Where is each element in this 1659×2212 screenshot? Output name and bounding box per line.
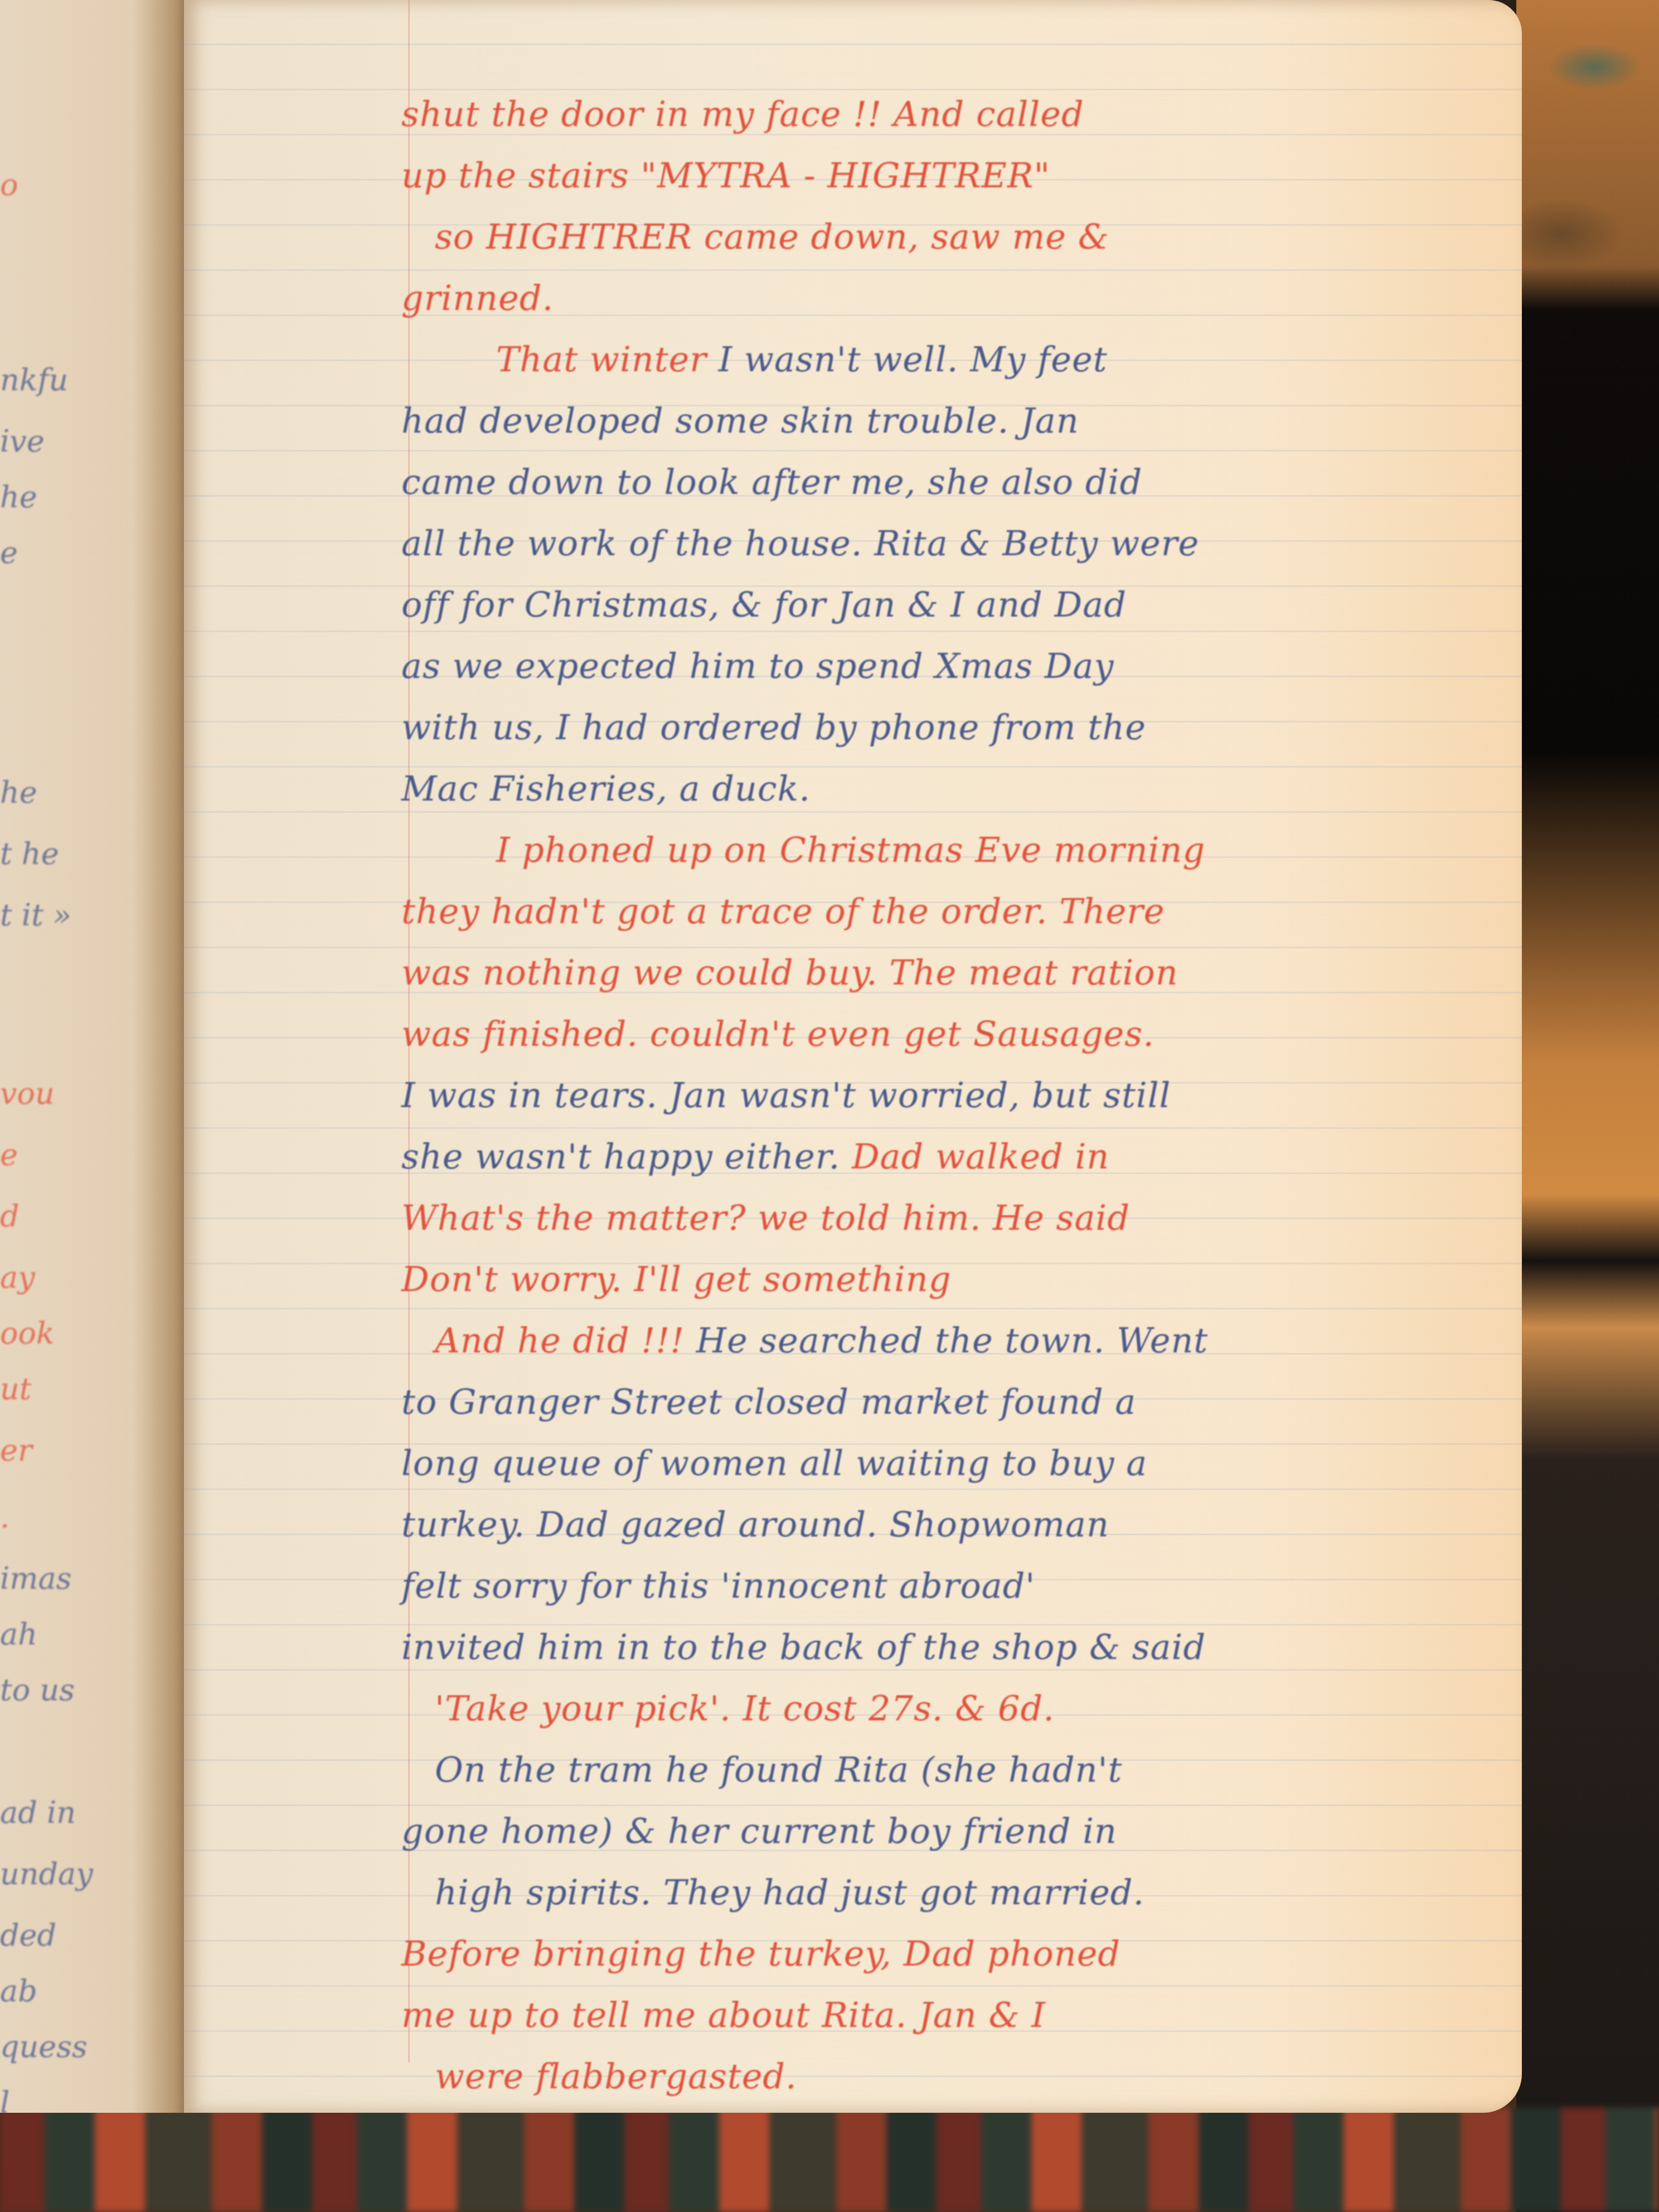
handwritten-line: 'Take your pick'. It cost 27s. & 6d. [401, 1678, 1505, 1739]
handwritten-text-red: grinned. [401, 278, 554, 318]
handwritten-line: Don't worry. I'll get something [401, 1249, 1505, 1310]
left-page-fragment: imas [0, 1561, 71, 1596]
handwritten-text-blue: On the tram he found Rita (she hadn't [435, 1749, 1123, 1790]
handwritten-line: was finished. couldn't even get Sausages… [401, 1003, 1505, 1065]
left-page-fragment: er [0, 1433, 32, 1468]
left-page-fragment: ive [0, 424, 45, 459]
handwritten-text-blue: turkey. Dad gazed around. Shopwoman [401, 1504, 1109, 1545]
handwritten-text-blue: Mac Fisheries, a duck. [401, 768, 811, 809]
handwritten-line: felt sorry for this 'innocent abroad' [401, 1555, 1505, 1617]
handwritten-line: she wasn't happy either. Dad walked in [401, 1126, 1505, 1187]
handwritten-line: turkey. Dad gazed around. Shopwoman [401, 1494, 1505, 1555]
handwritten-text-blue: had developed some skin trouble. Jan [401, 400, 1079, 441]
handwritten-line: That winter I wasn't well. My feet [401, 329, 1505, 390]
handwritten-text-blue: He searched the town. Went [696, 1320, 1208, 1361]
handwritten-text-red: they hadn't got a trace of the order. Th… [401, 891, 1165, 932]
left-page-fragment: e [0, 1137, 18, 1172]
handwritten-text-red: was nothing we could buy. The meat ratio… [401, 952, 1178, 993]
handwritten-line: The turkey was delicious - Jan [401, 2107, 1505, 2113]
handwritten-line: invited him in to the back of the shop &… [401, 1617, 1505, 1678]
left-page-fragment: e [0, 535, 18, 570]
background-fabric-right [1516, 0, 1659, 2212]
handwritten-text-red: were flabbergasted. [435, 2056, 797, 2097]
handwritten-line: so HIGHTRER came down, saw me & [401, 206, 1505, 268]
handwritten-text-red: me up to tell me about Rita. Jan & I [401, 1995, 1046, 2035]
handwritten-line: I phoned up on Christmas Eve morning [401, 819, 1505, 881]
handwritten-text-red: 'Take your pick'. It cost 27s. & 6d. [435, 1688, 1055, 1729]
left-page-fragment: unday [0, 1856, 93, 1891]
background-fabric-bottom [0, 2107, 1659, 2212]
handwritten-text-red: I phoned up on Christmas Eve morning [496, 829, 1205, 870]
left-page-fragment: nkfu [0, 362, 68, 397]
handwritten-text-red: was finished. couldn't even get Sausages… [401, 1013, 1154, 1054]
left-page-fragment: t he [0, 836, 59, 871]
handwritten-line: up the stairs "MYTRA - HIGHTRER" [401, 145, 1505, 206]
handwritten-text-blue: invited him in to the back of the shop &… [401, 1627, 1206, 1667]
left-page-fragment: ab [0, 1973, 37, 2009]
handwritten-line: as we expected him to spend Xmas Day [401, 636, 1505, 697]
handwritten-text-red: And he did !!! [435, 1320, 696, 1361]
left-notebook-page: onkfuiveheehet het it »vouedayookuter.im… [0, 0, 190, 2113]
handwritten-line: with us, I had ordered by phone from the [401, 697, 1505, 758]
handwritten-line: high spirits. They had just got married. [401, 1862, 1505, 1923]
left-page-fragment: he [0, 479, 37, 515]
left-page-fragment: vou [0, 1076, 55, 1111]
left-page-fragment: quess [0, 2029, 88, 2064]
handwritten-text-red: Before bringing the turkey, Dad phoned [401, 1933, 1120, 1974]
handwritten-text-blue: with us, I had ordered by phone from the [401, 707, 1146, 748]
handwritten-text-blue: long queue of women all waiting to buy a [401, 1443, 1147, 1483]
left-page-fragment: ad in [0, 1795, 76, 1830]
handwritten-text-blue: I wasn't well. My feet [719, 339, 1108, 380]
handwritten-line: to Granger Street closed market found a [401, 1371, 1505, 1433]
handwritten-text-blue: all the work of the house. Rita & Betty … [401, 523, 1199, 564]
left-page-fragment: ay [0, 1260, 35, 1295]
handwritten-line: And he did !!! He searched the town. Wen… [401, 1310, 1505, 1371]
handwritten-line: Before bringing the turkey, Dad phoned [401, 1923, 1505, 1985]
left-page-fragment: he [0, 775, 37, 810]
handwritten-text-red: so HIGHTRER came down, saw me & [435, 216, 1109, 257]
diary-entry: shut the door in my face !! And calledup… [401, 84, 1505, 2113]
handwritten-text-blue: gone home) & her current boy friend in [401, 1811, 1117, 1851]
handwritten-line: they hadn't got a trace of the order. Th… [401, 881, 1505, 942]
left-page-fragment: to us [0, 1672, 75, 1707]
handwritten-text-blue: she wasn't happy either. [401, 1136, 852, 1177]
left-page-fragment: o [0, 167, 18, 202]
handwritten-line: Mac Fisheries, a duck. [401, 758, 1505, 819]
handwritten-text-red: Don't worry. I'll get something [401, 1259, 951, 1299]
handwritten-line: long queue of women all waiting to buy a [401, 1433, 1505, 1494]
left-page-fragment: d [0, 1199, 20, 1234]
handwritten-line: had developed some skin trouble. Jan [401, 390, 1505, 452]
handwritten-line: What's the matter? we told him. He said [401, 1187, 1505, 1249]
handwritten-text-red: What's the matter? we told him. He said [401, 1197, 1130, 1238]
handwritten-line: I was in tears. Jan wasn't worried, but … [401, 1065, 1505, 1126]
handwritten-line: me up to tell me about Rita. Jan & I [401, 1985, 1505, 2046]
handwritten-line: were flabbergasted. [401, 2046, 1505, 2107]
handwritten-text-blue: came down to look after me, she also did [401, 462, 1142, 502]
left-page-fragment: ah [0, 1617, 37, 1652]
handwritten-text-blue: to Granger Street closed market found a [401, 1381, 1136, 1422]
handwritten-text-blue: felt sorry for this 'innocent abroad' [401, 1565, 1035, 1606]
handwritten-line: was nothing we could buy. The meat ratio… [401, 942, 1505, 1003]
handwritten-text-red: Dad walked in [852, 1136, 1109, 1177]
handwritten-line: came down to look after me, she also did [401, 452, 1505, 513]
left-page-fragment: ded [0, 1918, 56, 1953]
left-page-fragment: l [0, 2085, 9, 2113]
left-page-fragment: t it » [0, 898, 71, 933]
handwritten-text-blue: as we expected him to spend Xmas Day [401, 646, 1114, 686]
left-page-fragment: ook [0, 1316, 55, 1351]
left-page-fragment: . [0, 1500, 9, 1535]
handwritten-line: off for Christmas, & for Jan & I and Dad [401, 574, 1505, 636]
left-page-fragment: ut [0, 1371, 31, 1406]
handwritten-line: gone home) & her current boy friend in [401, 1801, 1505, 1862]
handwritten-text-red: up the stairs "MYTRA - HIGHTRER" [401, 155, 1050, 196]
handwritten-text-red: shut the door in my face !! And called [401, 94, 1084, 134]
handwritten-text-blue: off for Christmas, & for Jan & I and Dad [401, 584, 1127, 625]
handwritten-line: shut the door in my face !! And called [401, 84, 1505, 145]
handwritten-line: grinned. [401, 268, 1505, 329]
handwritten-text-blue: I was in tears. Jan wasn't worried, but … [401, 1075, 1171, 1115]
right-notebook-page: shut the door in my face !! And calledup… [184, 0, 1522, 2113]
handwritten-text-blue: high spirits. They had just got married. [435, 1872, 1144, 1913]
handwritten-line: all the work of the house. Rita & Betty … [401, 513, 1505, 574]
handwritten-text-red: That winter [496, 339, 719, 380]
handwritten-line: On the tram he found Rita (she hadn't [401, 1739, 1505, 1801]
